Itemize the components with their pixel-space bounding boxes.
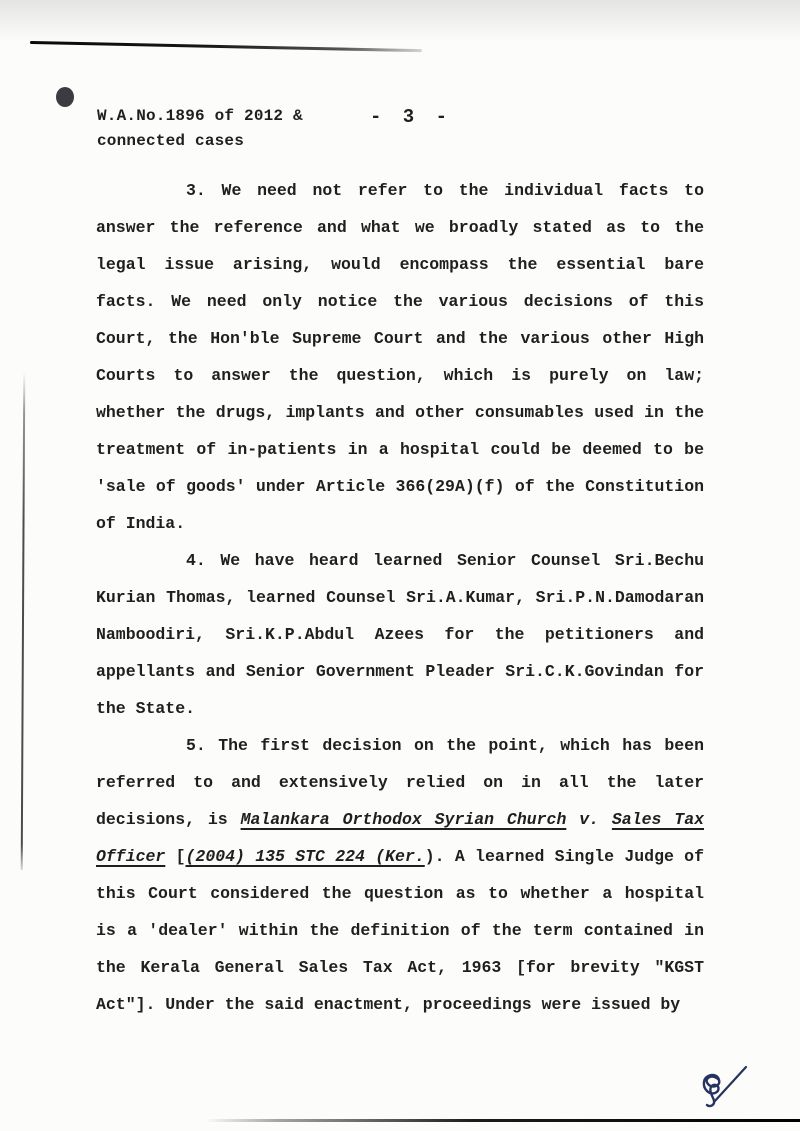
handwritten-initial-icon — [692, 1060, 754, 1116]
page-number: - 3 - — [370, 106, 452, 128]
case-reference-line1: W.A.No.1896 of 2012 & — [97, 104, 303, 129]
left-margin-line — [21, 372, 25, 870]
text-segment: 4. We have heard learned Senior Counsel … — [96, 551, 704, 718]
paragraph: 4. We have heard learned Senior Counsel … — [96, 542, 704, 727]
paragraph: 3. We need not refer to the individual f… — [96, 172, 704, 542]
text-segment: Malankara Orthodox Syrian Church — [241, 810, 567, 829]
case-reference-line2: connected cases — [97, 129, 303, 154]
text-segment: (2004) 135 STC 224 (Ker. — [186, 847, 425, 866]
text-segment: v. — [579, 810, 599, 829]
document-page: W.A.No.1896 of 2012 & connected cases - … — [0, 0, 800, 1131]
punch-hole-mark — [56, 87, 74, 107]
text-segment — [599, 810, 612, 829]
scan-artifact-top — [0, 0, 800, 42]
text-segment: [ — [165, 847, 185, 866]
document-body: 3. We need not refer to the individual f… — [96, 172, 704, 1023]
paragraph: 5. The first decision on the point, whic… — [96, 727, 704, 1023]
text-segment — [566, 810, 579, 829]
text-segment: 3. We need not refer to the individual f… — [96, 181, 704, 533]
bottom-rule-line — [205, 1119, 800, 1122]
page-header: W.A.No.1896 of 2012 & connected cases — [97, 104, 303, 154]
text-segment: ). A learned Single Judge of this Court … — [96, 847, 704, 1014]
top-rule-line — [30, 41, 422, 52]
